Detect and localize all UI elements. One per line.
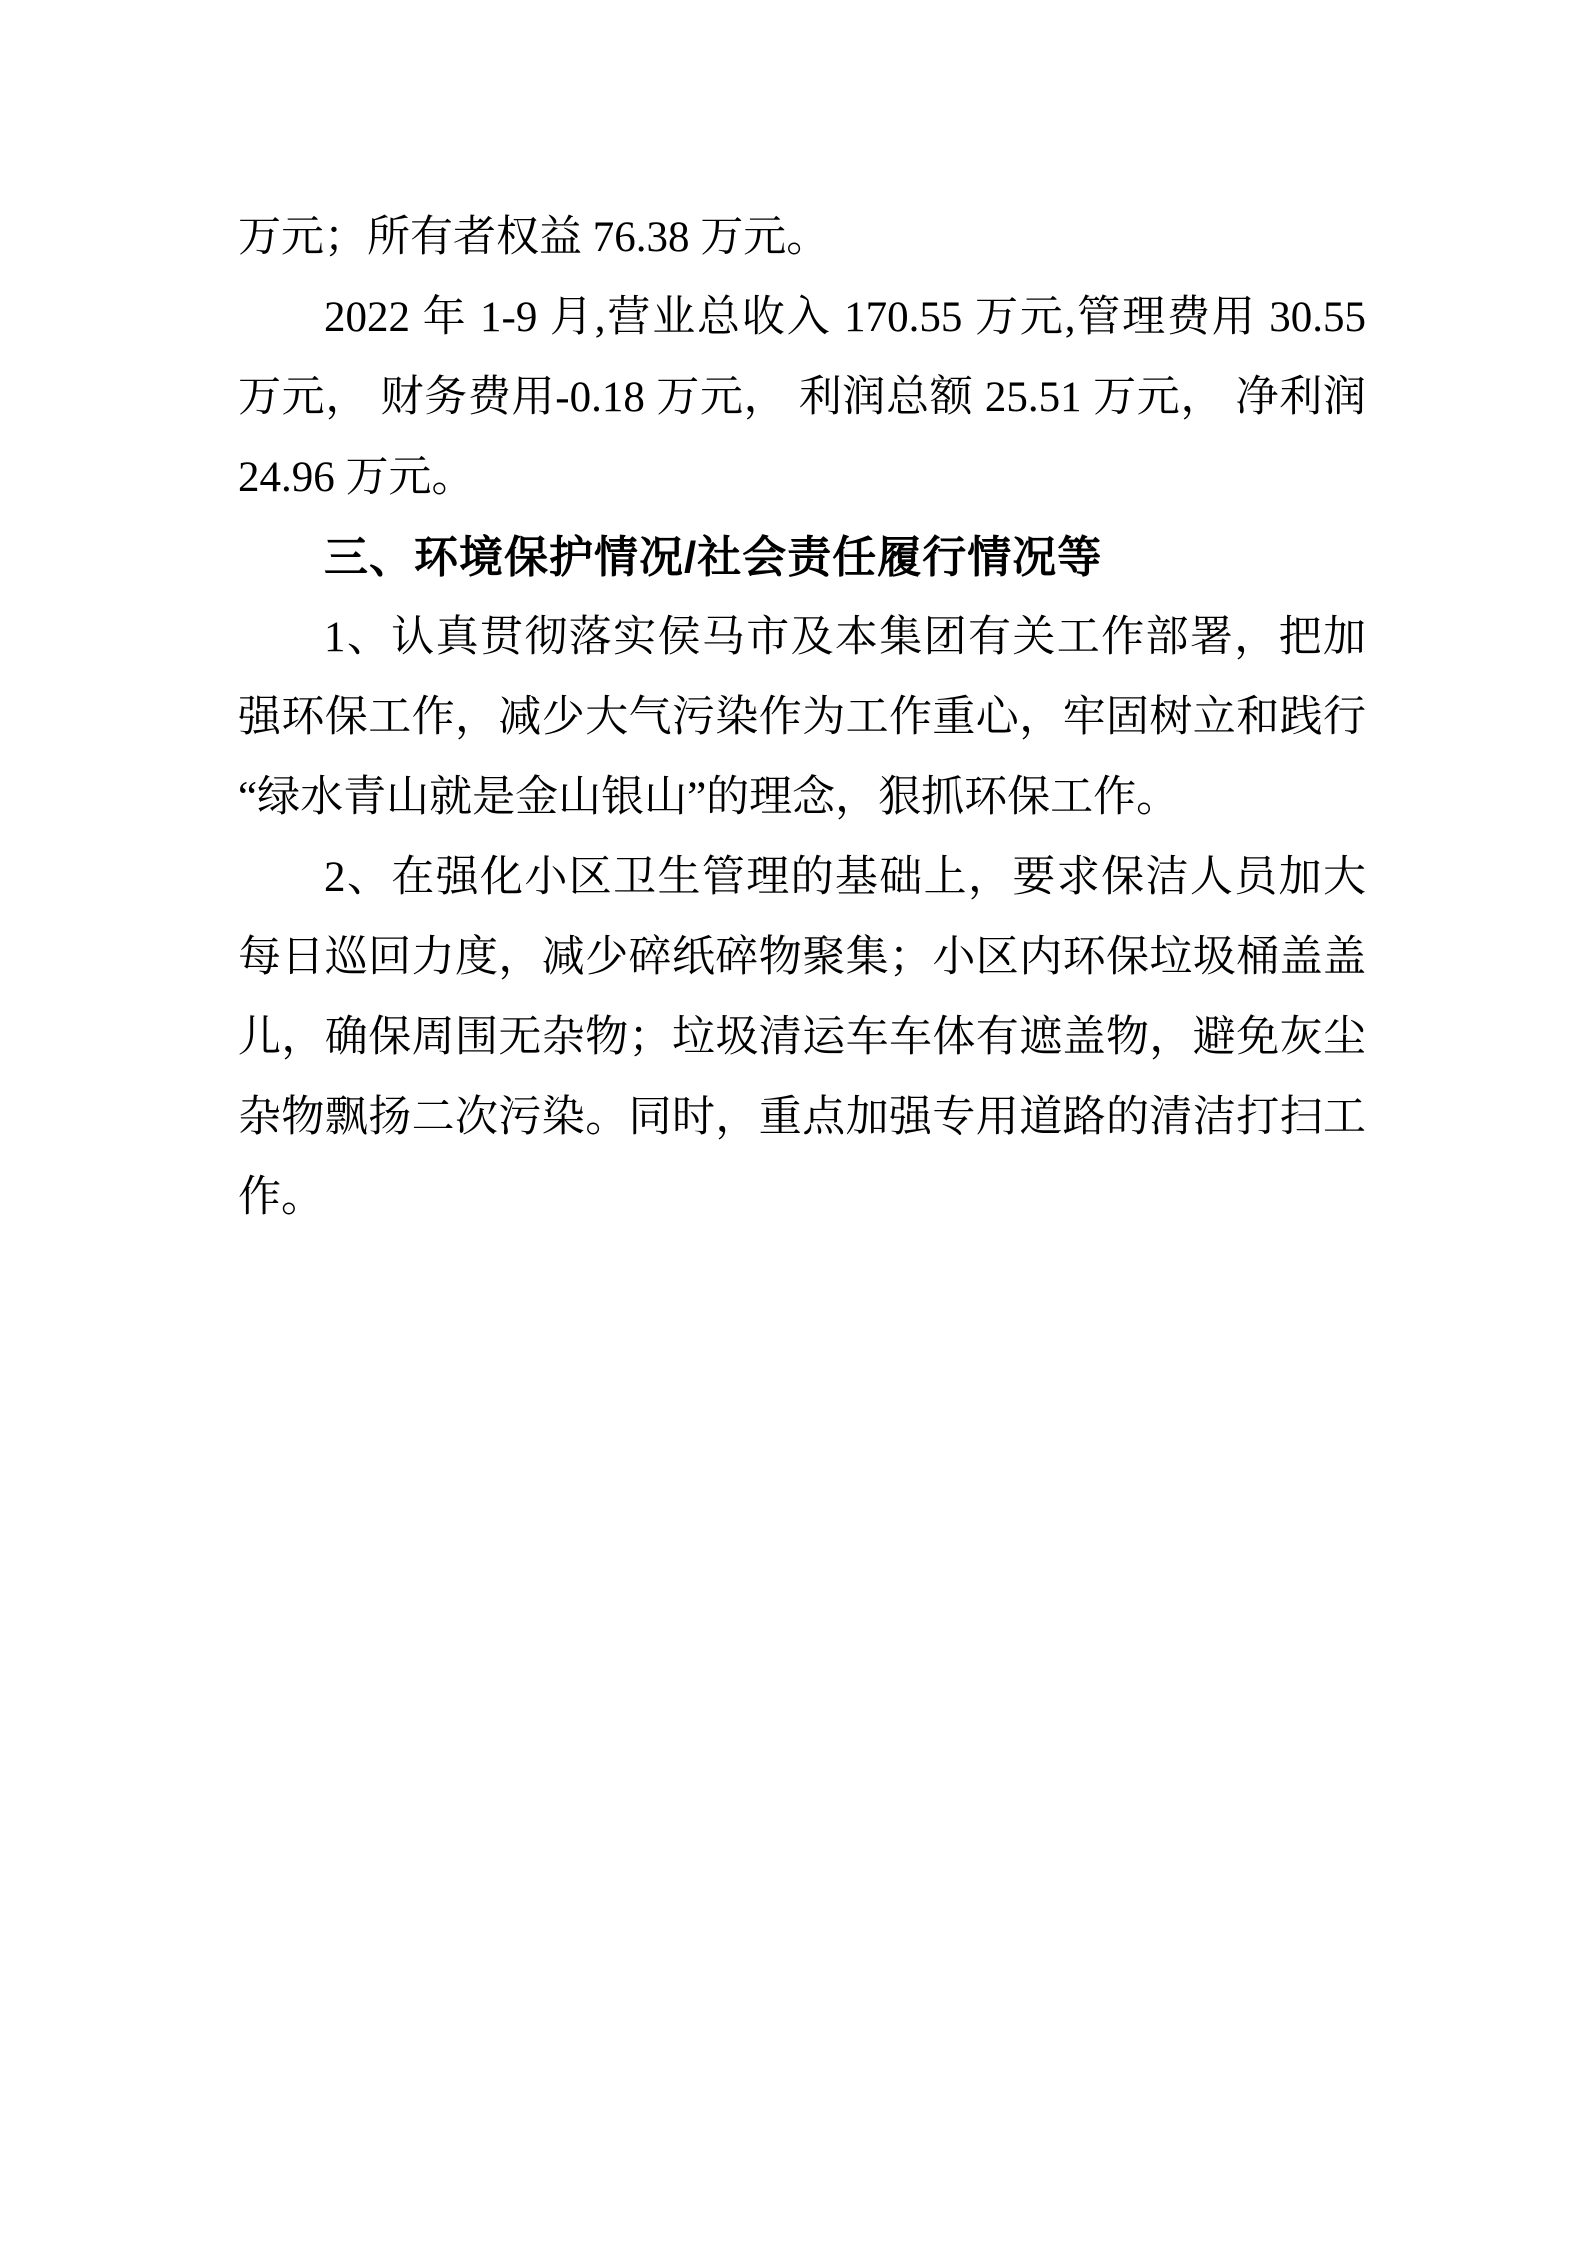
paragraph-2-line-1: 2022 年 1-9 月,营业总收入 170.55 万元,管理费用 30.55 — [238, 278, 1366, 358]
paragraph-3-line-1: 1、认真贯彻落实侯马市及本集团有关工作部署，把加 — [238, 598, 1366, 678]
paragraph-4-line-1: 2、在强化小区卫生管理的基础上，要求保洁人员加大 — [238, 838, 1366, 918]
section-heading: 三、环境保护情况/社会责任履行情况等 — [238, 518, 1366, 598]
text-content: 万元；所有者权益 76.38 万元。 2022 年 1-9 月,营业总收入 17… — [238, 198, 1366, 1238]
paragraph-3-end-line: “绿水青山就是金山银山”的理念，狠抓环保工作。 — [238, 758, 1366, 838]
paragraph-4-line-2: 每日巡回力度，减少碎纸碎物聚集；小区内环保垃圾桶盖盖 — [238, 918, 1366, 998]
paragraph-2-end-line: 24.96 万元。 — [238, 438, 1366, 518]
paragraph-4-line-4: 杂物飘扬二次污染。同时，重点加强专用道路的清洁打扫工 — [238, 1078, 1366, 1158]
paragraph-1-end-line: 万元；所有者权益 76.38 万元。 — [238, 198, 1366, 278]
paragraph-4-line-3: 儿，确保周围无杂物；垃圾清运车车体有遮盖物，避免灰尘 — [238, 998, 1366, 1078]
paragraph-4-end-line: 作。 — [238, 1158, 1366, 1238]
document-page: 万元；所有者权益 76.38 万元。 2022 年 1-9 月,营业总收入 17… — [0, 0, 1587, 2245]
paragraph-3-line-2: 强环保工作，减少大气污染作为工作重心，牢固树立和践行 — [238, 678, 1366, 758]
paragraph-2-line-2: 万元， 财务费用-0.18 万元， 利润总额 25.51 万元， 净利润 — [238, 358, 1366, 438]
